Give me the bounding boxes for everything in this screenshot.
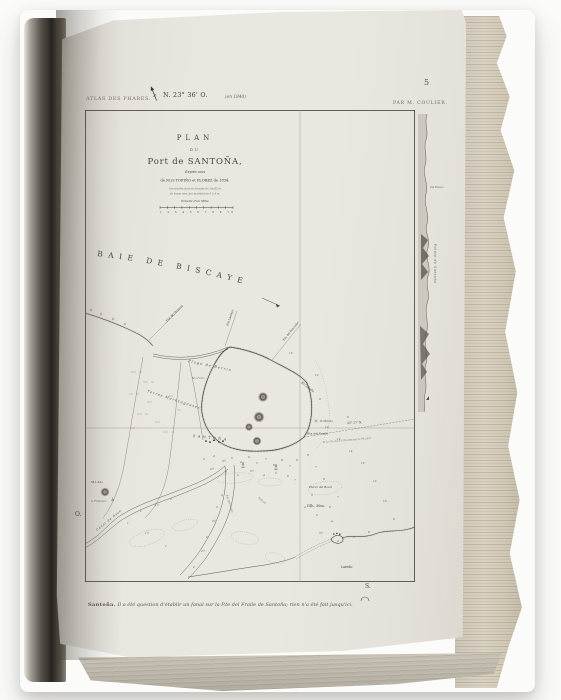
sounding-value: 2	[205, 535, 208, 539]
sounding-value: 15	[289, 351, 293, 355]
compass-needle-icon	[147, 84, 161, 102]
sounding-value: 8	[307, 453, 309, 457]
sounding-value: 4	[212, 454, 215, 458]
current-arrow-icon	[262, 298, 280, 308]
sounding-value: 2	[236, 473, 239, 477]
sounding-value: 14	[349, 449, 353, 453]
sounding-value: 4	[303, 505, 306, 509]
label-mt-ano: M.t Ano	[90, 480, 103, 484]
sounding-value: 10	[383, 499, 387, 503]
west-cardinal-mark: O.	[75, 511, 81, 518]
sounding-value: 8	[281, 458, 283, 462]
title-du: DU	[190, 148, 200, 152]
sounding-value: 3½	[212, 518, 217, 523]
sounding-value: 7	[289, 464, 291, 468]
sounding-value: 3½	[222, 458, 227, 463]
sounding-value: 2	[192, 565, 195, 569]
label-pta-fraile: P.ta del Fraile	[307, 432, 328, 436]
mont-ano-hill	[101, 488, 114, 501]
page-number: 5	[424, 78, 429, 87]
marsh-streams	[103, 357, 203, 518]
scale-numbers: 1 2 3 4 5 6 7 8 9 10	[160, 210, 233, 214]
title-port: Port de SANTOÑA,	[148, 155, 243, 167]
label-pedrosa: Pedrosa	[257, 496, 268, 506]
monte-peaks	[245, 392, 268, 446]
sounding-value: 7	[294, 478, 296, 482]
label-pta-lastayo: P.ta Lastayo	[225, 309, 234, 327]
label-s-francisco: S. Francisco	[91, 500, 107, 503]
sounding-value: 9	[393, 517, 395, 521]
marsh-symbols	[129, 372, 181, 432]
coast-profile-strip: P.ta Brusco Pointe de Santoña	[418, 114, 452, 412]
northwest-coast	[85, 309, 153, 346]
sounding-value: 3½	[250, 468, 255, 473]
label-laredo: Laredo	[341, 565, 352, 569]
sounding-value: 9	[347, 415, 349, 419]
scale-title: Échelle d'un Mille	[180, 198, 209, 203]
profile-caption: Pointe de Santoña	[433, 243, 437, 284]
sounding-value: 3	[203, 457, 205, 461]
sounding-value: 5	[311, 493, 313, 497]
author-credit: PAR M. COULIER.	[393, 101, 448, 106]
sounding-value: 9	[296, 458, 298, 462]
screenshot-stage: ATLAS DES PHARES. N. 23° 36' O. (en 1840…	[0, 0, 561, 700]
label-canal-ason: Canal de Ason	[95, 508, 123, 531]
santona-chart: PLAN DU Port de SANTOÑA, d'après ceux de…	[85, 110, 415, 582]
label-r-morena: R. Morena	[319, 420, 333, 423]
scale-bar	[160, 206, 233, 209]
sounding-value: 1	[127, 521, 129, 525]
title-plan: PLAN	[177, 134, 214, 142]
sounding-value: 10	[325, 425, 329, 429]
title-dapres: d'après ceux	[185, 170, 206, 174]
sounding-value: 9	[319, 397, 321, 401]
sounding-value: 2	[169, 497, 172, 501]
title-note1: Les sondes sont en brasses de 1m,62 et	[168, 187, 222, 191]
sounding-value: 6	[329, 505, 331, 509]
sounding-value: 1½	[145, 530, 150, 535]
series-title: ATLAS DES PHARES.	[86, 96, 151, 102]
south-cardinal-mark: S.	[365, 583, 371, 590]
sounding-value: 4	[262, 473, 265, 477]
label-terres-marecageuses: Terres Marécageuses	[147, 389, 201, 410]
sounding-value: 3	[216, 505, 218, 509]
declination-epoch: (en 1840)	[225, 95, 246, 100]
sea-name: BAIE DE BISCAYE	[97, 249, 249, 287]
sounding-value: 4	[220, 493, 223, 497]
sounding-value: 5	[316, 513, 318, 517]
sounding-value: 6	[323, 477, 325, 481]
sounding-value: 5	[275, 471, 277, 475]
footnote-text: Il a été question d'établir un fanal sur…	[118, 602, 353, 608]
graticule-lines	[85, 110, 415, 582]
south-coast	[188, 527, 415, 577]
morena-rock	[314, 419, 318, 423]
sounding-value: 3	[225, 470, 227, 474]
sounding-value: 6	[273, 463, 275, 467]
label-pta-pescador: P.ta del Pescador	[282, 320, 301, 342]
footnote-lead: Santoña.	[88, 602, 116, 608]
profile-label-brusco: P.ta Brusco	[430, 186, 444, 189]
sounding-value: 4	[239, 460, 242, 464]
sounding-value: 1	[165, 544, 167, 548]
sounding-value: 6	[248, 455, 250, 459]
sounding-value: 12	[315, 373, 319, 377]
label-placer-bozal: Placer del Bozal	[308, 485, 332, 489]
sounding-value: 3½	[319, 530, 324, 535]
sounding-value: 7	[315, 465, 317, 469]
sounding-value: 1	[140, 509, 142, 513]
label-plage-berria: Plage de Berria	[187, 359, 233, 372]
sounding-value: 5	[256, 461, 258, 465]
magnetic-declination: N. 23° 36' O.	[163, 92, 208, 99]
berria-beach	[153, 347, 228, 359]
sounding-value: 12	[337, 437, 341, 441]
map-label-layer: P.te del Brusco P.ta Lastayo P.ta del Pe…	[90, 304, 372, 569]
title-block: PLAN DU Port de SANTOÑA, d'après ceux de…	[148, 134, 243, 214]
page-content: ATLAS DES PHARES. N. 23° 36' O. (en 1840…	[0, 0, 561, 700]
label-mo-forno: M.o Forno	[191, 377, 205, 380]
sounding-value: 4	[336, 539, 339, 543]
sounding-value: 15	[361, 461, 365, 465]
label-pte-brusco: P.te del Brusco	[165, 304, 184, 323]
sounding-value: 4	[330, 519, 333, 523]
sounding-value: 5	[353, 535, 355, 539]
title-sources: de M.rs TOFIÑO et FLOREZ de 1834.	[161, 178, 230, 183]
sounding-value: 6	[368, 530, 370, 534]
label-leading-line: D. la Ch. de S.t Charles par le M.t Ano	[322, 437, 372, 444]
footnote: Santoña. Il a été question d'établir un …	[88, 602, 388, 608]
label-tide-establishment: IIIh. 30m.	[307, 504, 325, 508]
map-neatline	[85, 110, 414, 581]
sounding-value: 6	[287, 474, 289, 478]
sounding-value: 5	[231, 456, 233, 460]
profile-dark-ridge	[420, 326, 430, 380]
sounding-value: 7	[337, 495, 339, 499]
sounding-value: 7	[265, 457, 267, 461]
label-latitude: 43° 27' N.	[347, 420, 362, 425]
sounding-value: 1½	[155, 502, 160, 507]
sea-name-label: BAIE DE BISCAYE	[97, 249, 249, 287]
sounding-value: 2½	[200, 548, 206, 553]
sounding-value: 12	[373, 479, 377, 483]
sounding-value: 2½	[209, 466, 215, 471]
profile-end-mark	[426, 396, 429, 400]
title-note2: de basse mer, qui marnent de 3 à 4 m.	[170, 192, 221, 196]
